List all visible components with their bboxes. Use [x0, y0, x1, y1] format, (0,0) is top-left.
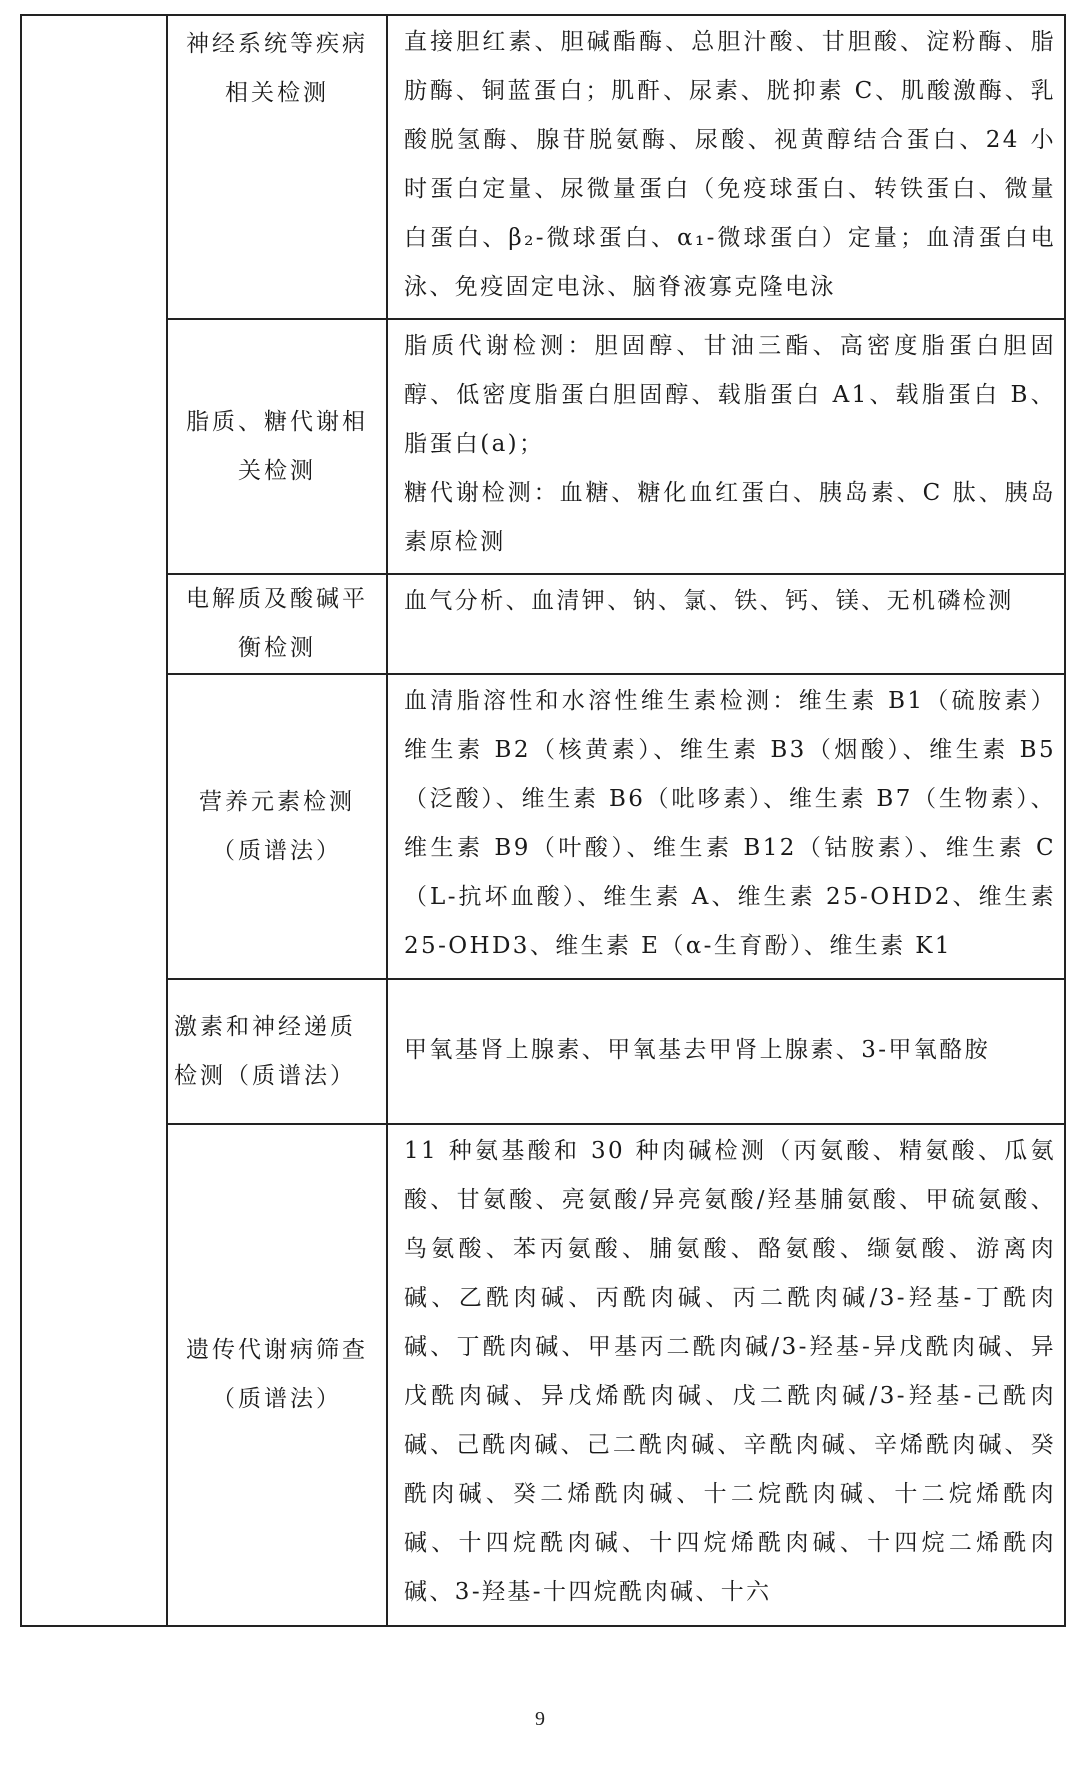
category-line: 衡检测 — [238, 635, 316, 661]
content-cell: 血清脂溶性和水溶性维生素检测：维生素 B1（硫胺素）维生素 B2（核黄素）、维生… — [387, 674, 1065, 979]
category-cell: 神经系统等疾病 相关检测 — [167, 15, 387, 319]
table-row: 脂质、糖代谢相 关检测 脂质代谢检测：胆固醇、甘油三酯、高密度脂蛋白胆固醇、低密… — [21, 319, 1065, 574]
category-line: 相关检测 — [225, 80, 329, 106]
content-text: 直接胆红素、胆碱酯酶、总胆汁酸、甘胆酸、淀粉酶、脂肪酶、铜蓝蛋白；肌酐、尿素、胱… — [404, 18, 1056, 312]
content-cell: 血气分析、血清钾、钠、氯、铁、钙、镁、无机磷检测 — [387, 574, 1065, 674]
category-line: 激素和神经递质 — [174, 1014, 356, 1040]
category-line: 检测（质谱法） — [174, 1063, 356, 1089]
table-row: 遗传代谢病筛查 （质谱法） 11 种氨基酸和 30 种肉碱检测（丙氨酸、精氨酸、… — [21, 1124, 1065, 1626]
content-text: 糖代谢检测：血糖、糖化血红蛋白、胰岛素、C 肽、胰岛素原检测 — [404, 469, 1056, 567]
content-text: 血气分析、血清钾、钠、氯、铁、钙、镁、无机磷检测 — [404, 577, 1056, 626]
category-line: 遗传代谢病筛查 — [186, 1337, 368, 1363]
content-text: 血清脂溶性和水溶性维生素检测：维生素 B1（硫胺素）维生素 B2（核黄素）、维生… — [404, 677, 1056, 971]
category-line: 营养元素检测 — [199, 789, 355, 815]
table-row: 营养元素检测 （质谱法） 血清脂溶性和水溶性维生素检测：维生素 B1（硫胺素）维… — [21, 674, 1065, 979]
content-cell: 脂质代谢检测：胆固醇、甘油三酯、高密度脂蛋白胆固醇、低密度脂蛋白胆固醇、载脂蛋白… — [387, 319, 1065, 574]
category-line: （质谱法） — [212, 1386, 342, 1412]
category-cell: 脂质、糖代谢相 关检测 — [167, 319, 387, 574]
category-line: 脂质、糖代谢相 — [186, 409, 368, 435]
merged-section-cell — [21, 15, 167, 1626]
category-line: 神经系统等疾病 — [186, 31, 368, 57]
content-text: 甲氧基肾上腺素、甲氧基去甲肾上腺素、3-甲氧酪胺 — [404, 1026, 1056, 1075]
category-line: 电解质及酸碱平 — [186, 586, 368, 612]
table-row: 电解质及酸碱平 衡检测 血气分析、血清钾、钠、氯、铁、钙、镁、无机磷检测 — [21, 574, 1065, 674]
category-line: （质谱法） — [212, 838, 342, 864]
table-row: 神经系统等疾病 相关检测 直接胆红素、胆碱酯酶、总胆汁酸、甘胆酸、淀粉酶、脂肪酶… — [21, 15, 1065, 319]
category-cell: 遗传代谢病筛查 （质谱法） — [167, 1124, 387, 1626]
page-number: 9 — [0, 1708, 1080, 1731]
test-items-table: 神经系统等疾病 相关检测 直接胆红素、胆碱酯酶、总胆汁酸、甘胆酸、淀粉酶、脂肪酶… — [20, 14, 1066, 1627]
content-text: 11 种氨基酸和 30 种肉碱检测（丙氨酸、精氨酸、瓜氨酸、甘氨酸、亮氨酸/异亮… — [404, 1127, 1056, 1617]
table-row: 激素和神经递质 检测（质谱法） 甲氧基肾上腺素、甲氧基去甲肾上腺素、3-甲氧酪胺 — [21, 979, 1065, 1124]
category-cell: 电解质及酸碱平 衡检测 — [167, 574, 387, 674]
category-line: 关检测 — [238, 458, 316, 484]
category-cell: 营养元素检测 （质谱法） — [167, 674, 387, 979]
content-cell: 直接胆红素、胆碱酯酶、总胆汁酸、甘胆酸、淀粉酶、脂肪酶、铜蓝蛋白；肌酐、尿素、胱… — [387, 15, 1065, 319]
content-cell: 11 种氨基酸和 30 种肉碱检测（丙氨酸、精氨酸、瓜氨酸、甘氨酸、亮氨酸/异亮… — [387, 1124, 1065, 1626]
content-text: 脂质代谢检测：胆固醇、甘油三酯、高密度脂蛋白胆固醇、低密度脂蛋白胆固醇、载脂蛋白… — [404, 322, 1056, 469]
content-cell: 甲氧基肾上腺素、甲氧基去甲肾上腺素、3-甲氧酪胺 — [387, 979, 1065, 1124]
category-cell: 激素和神经递质 检测（质谱法） — [167, 979, 387, 1124]
